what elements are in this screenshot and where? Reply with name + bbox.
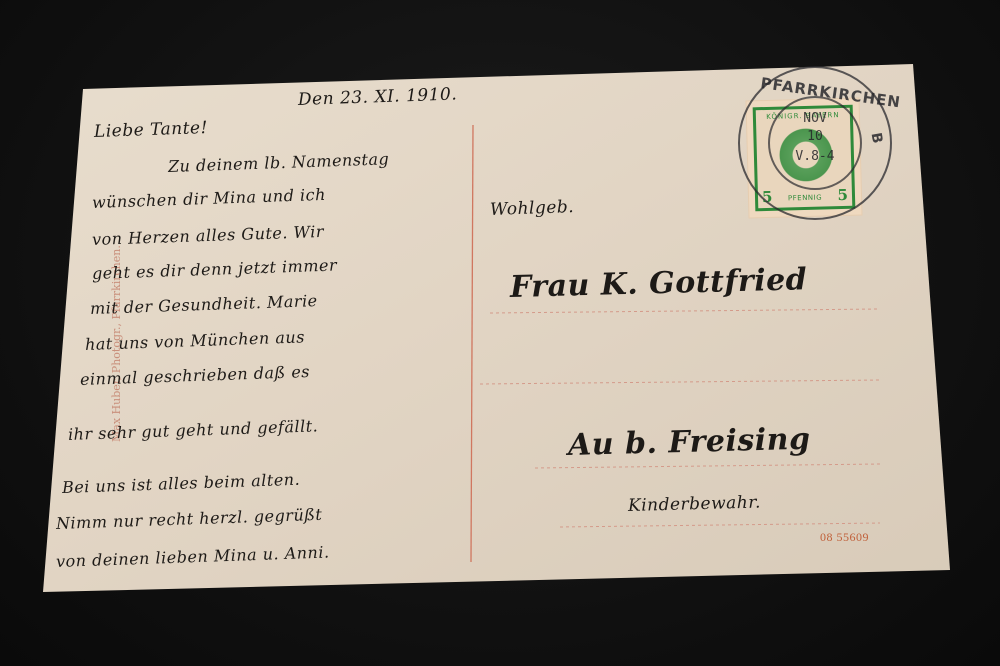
postmark-inner-ring: NOV 10 V.8-4: [768, 96, 862, 190]
postmark-month: NOV: [770, 112, 860, 126]
address-recipient: Frau K. Gottfried: [510, 262, 808, 305]
serial-number: 08 55609: [820, 530, 869, 545]
postmark-time: V.8-4: [770, 150, 860, 164]
address-town: Au b. Freising: [568, 422, 811, 463]
address-note: Kinderbewahr.: [628, 493, 761, 516]
postmark-day: 10: [770, 130, 860, 144]
postmark: PFARRKIRCHEN B NOV 10 V.8-4: [738, 66, 892, 220]
address-side: Wohlgeb. Frau K. Gottfried Au b. Freisin…: [0, 0, 1000, 666]
address-honorific: Wohlgeb.: [490, 197, 575, 220]
postmark-letter: B: [868, 131, 886, 144]
